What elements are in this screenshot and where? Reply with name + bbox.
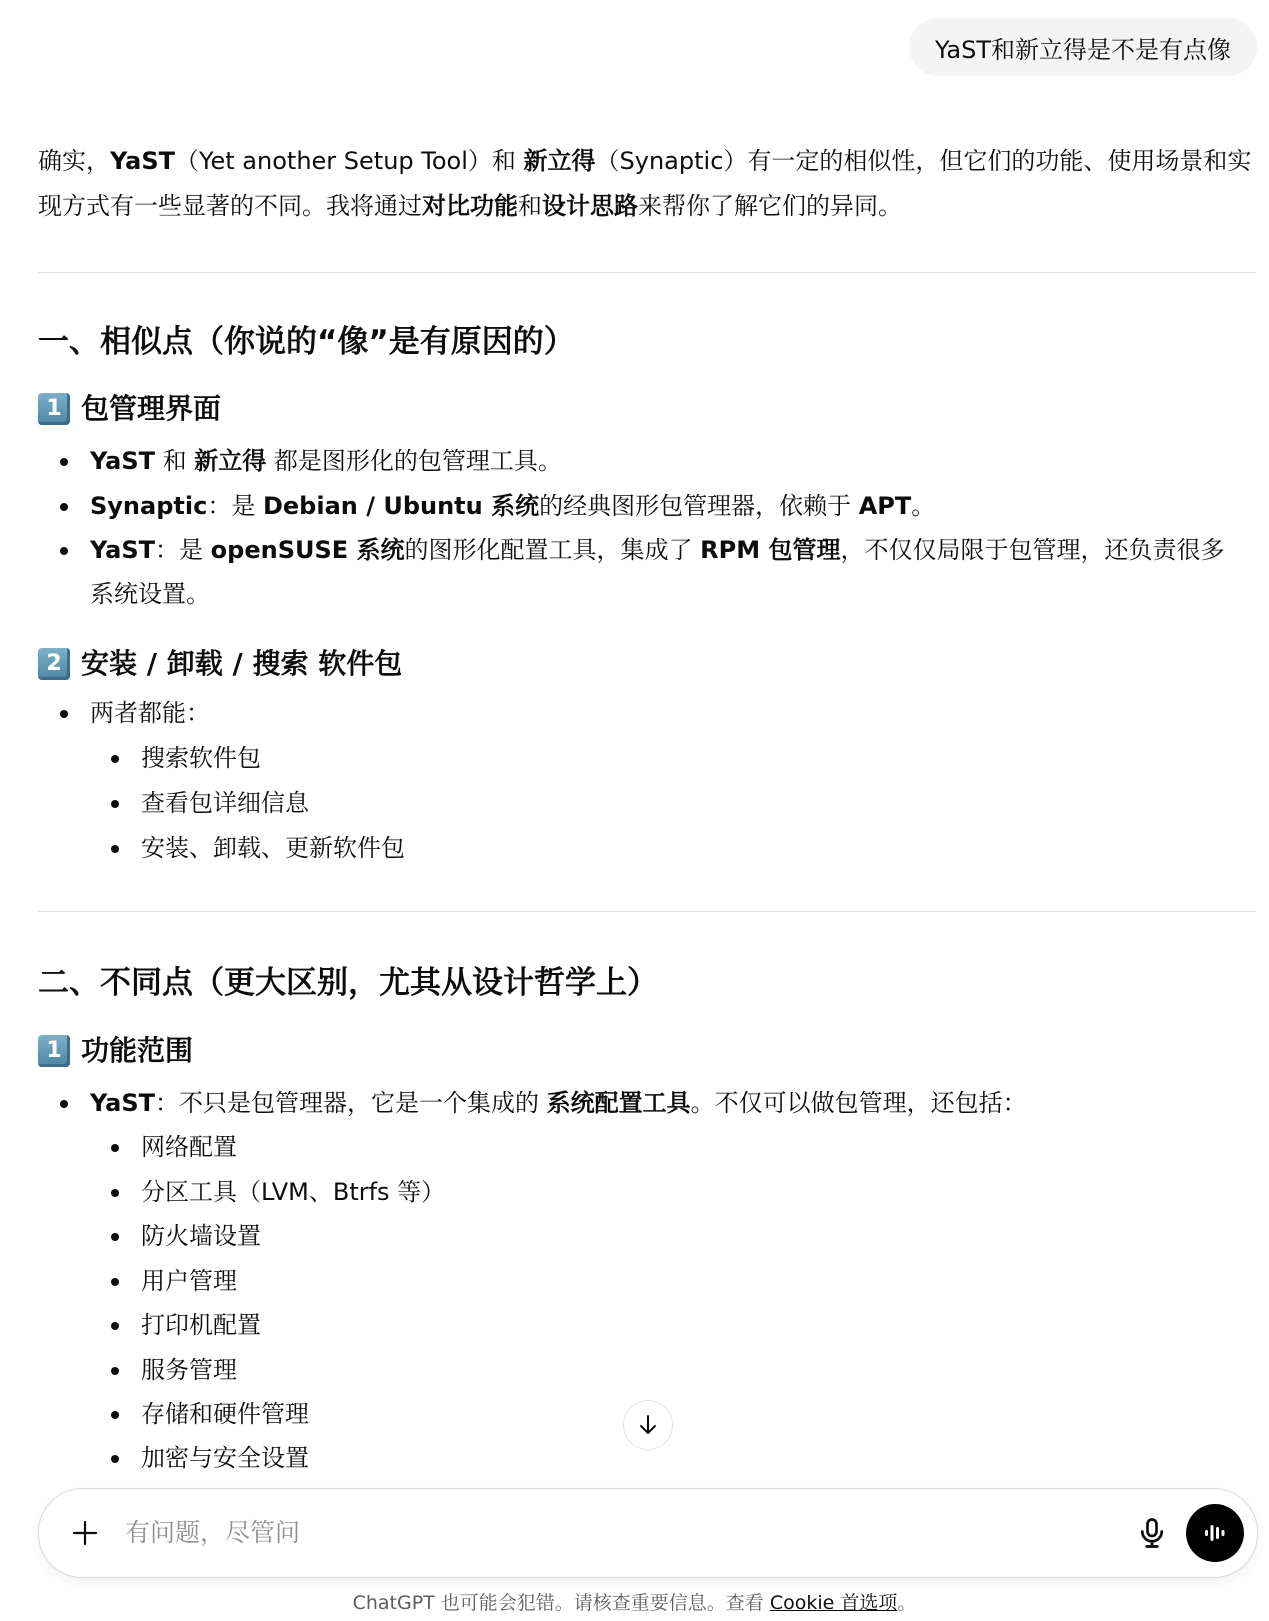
list-item: 防火墙设置 (141, 1214, 261, 1258)
microphone-icon[interactable] (1134, 1515, 1170, 1551)
bold-text: YaST (90, 536, 155, 564)
text: 来帮你了解它们的异同。 (638, 192, 902, 220)
bold-text: Synaptic (90, 492, 207, 520)
text: 确实， (38, 147, 110, 175)
divider (38, 911, 1256, 912)
text: 的图形化配置工具，集成了 (405, 536, 701, 564)
keycap-one-icon: 1 (38, 393, 70, 425)
bold-text: YaST (90, 447, 155, 475)
list-item: 搜索软件包 (141, 736, 261, 780)
subheading-package-ui: 1 包管理界面 (38, 391, 221, 427)
intro-paragraph: 确实，YaST（Yet another Setup Tool）和 新立得（Syn… (38, 139, 1256, 229)
disclaimer-footer: ChatGPT 也可能会犯错。请核查重要信息。查看 Cookie 首选项。 (0, 1588, 1269, 1615)
user-message-text: YaST和新立得是不是有点像 (935, 30, 1231, 65)
list-item: 加密与安全设置 (141, 1436, 309, 1480)
voice-mode-button[interactable] (1186, 1504, 1244, 1562)
text: 都是图形化的包管理工具。 (266, 447, 562, 475)
list-item: 存储和硬件管理 (141, 1392, 309, 1436)
subheading-feature-scope: 1 功能范围 (38, 1033, 193, 1069)
user-message-bubble: YaST和新立得是不是有点像 (909, 18, 1257, 76)
section-heading-similarities: 一、相似点（你说的“像”是有原因的） (38, 322, 575, 362)
bullet-icon (111, 1455, 119, 1463)
bullet-icon (111, 1233, 119, 1241)
text: ：是 (155, 536, 211, 564)
bullet-icon (111, 1278, 119, 1286)
bold-text: APT (859, 492, 912, 520)
bold-text: YaST (90, 1089, 155, 1117)
list-item: YaST：是 openSUSE 系统的图形化配置工具，集成了 RPM 包管理，不… (90, 528, 1240, 616)
bold-text: Debian / Ubuntu 系统 (263, 492, 539, 520)
bold-text: 设计思路 (542, 192, 638, 220)
list-item: 分区工具（LVM、Btrfs 等） (141, 1170, 445, 1214)
bold-text: YaST (110, 147, 175, 175)
bold-text: openSUSE 系统 (211, 536, 405, 564)
list-item: 安装、卸载、更新软件包 (141, 826, 405, 870)
divider (38, 272, 1256, 273)
cookie-preferences-link[interactable]: Cookie 首选项 (770, 1592, 898, 1614)
list-item: 查看包详细信息 (141, 781, 309, 825)
subheading-install-remove-search: 2 安装 / 卸载 / 搜索 软件包 (38, 646, 402, 682)
list-item: YaST：不只是包管理器，它是一个集成的 系统配置工具。不仅可以做包管理，还包括… (90, 1081, 1027, 1125)
subheading-text: 安装 / 卸载 / 搜索 软件包 (81, 646, 402, 682)
bold-text: 新立得 (194, 447, 266, 475)
bold-text: 新立得 (524, 147, 596, 175)
bold-text: 对比功能 (422, 192, 518, 220)
bullet-icon (111, 755, 119, 763)
text: ：是 (207, 492, 263, 520)
voice-mode-icon (1200, 1518, 1230, 1548)
text: 。不仅可以做包管理，还包括： (691, 1089, 1027, 1117)
bullet-icon (60, 503, 68, 511)
message-input[interactable]: 有问题，尽管问 (125, 1513, 300, 1553)
bullet-icon (60, 458, 68, 466)
text: 的经典图形包管理器，依赖于 (539, 492, 859, 520)
bullet-icon (60, 710, 68, 718)
subheading-text: 包管理界面 (81, 391, 221, 427)
bullet-icon (111, 845, 119, 853)
list-item: Synaptic：是 Debian / Ubuntu 系统的经典图形包管理器，依… (90, 484, 935, 528)
bold-text: 系统配置工具 (547, 1089, 691, 1117)
plus-icon[interactable] (69, 1517, 101, 1549)
list-item: YaST 和 新立得 都是图形化的包管理工具。 (90, 439, 562, 483)
bold-text: RPM 包管理 (700, 536, 840, 564)
bullet-icon (111, 1144, 119, 1152)
list-item: 两者都能： (90, 691, 210, 735)
bullet-icon (111, 1322, 119, 1330)
bullet-icon (60, 547, 68, 555)
bullet-icon (111, 800, 119, 808)
bullet-icon (111, 1411, 119, 1419)
keycap-one-icon: 1 (38, 1035, 70, 1067)
subheading-text: 功能范围 (81, 1033, 193, 1069)
text: 。 (911, 492, 935, 520)
list-item: 服务管理 (141, 1348, 237, 1392)
section-heading-differences: 二、不同点（更大区别，尤其从设计哲学上） (38, 963, 658, 1003)
list-item: 打印机配置 (141, 1303, 261, 1347)
arrow-down-icon (636, 1413, 660, 1437)
text: 和 (518, 192, 542, 220)
scroll-to-bottom-button[interactable] (623, 1400, 673, 1450)
text: 和 (155, 447, 194, 475)
message-composer[interactable]: 有问题，尽管问 (38, 1488, 1258, 1578)
bullet-icon (60, 1100, 68, 1108)
bullet-icon (111, 1189, 119, 1197)
bullet-icon (111, 1367, 119, 1375)
keycap-two-icon: 2 (38, 648, 70, 680)
text: （Yet another Setup Tool）和 (175, 147, 524, 175)
list-item: 用户管理 (141, 1259, 237, 1303)
list-item: 网络配置 (141, 1125, 237, 1169)
text: ：不只是包管理器，它是一个集成的 (155, 1089, 547, 1117)
